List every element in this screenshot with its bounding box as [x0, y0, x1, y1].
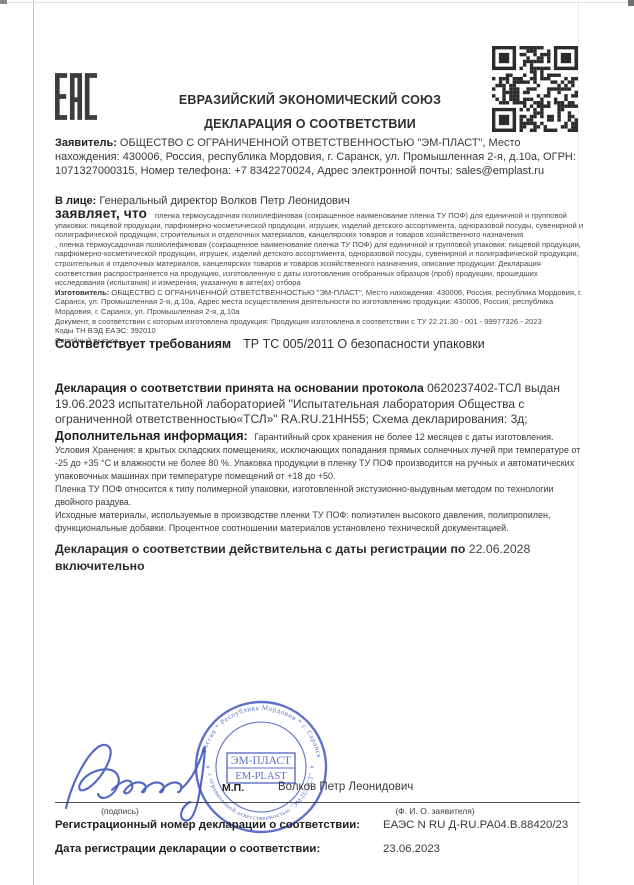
document-header: ЕВРАЗИЙСКИЙ ЭКОНОМИЧЕСКИЙ СОЮЗ ДЕКЛАРАЦИ… [120, 88, 500, 136]
registration-number-row: Регистрационный номер декларации о соотв… [55, 819, 584, 831]
validity-label: Декларация о соответствии действительна … [55, 542, 469, 556]
registration-number-label: Регистрационный номер декларации о соотв… [55, 819, 360, 831]
tnved-codes-line: Коды ТН ВЭД ЕАЭС: 392010 [55, 326, 584, 336]
declaration-body: заявляет, чтопленка термоусадочная полио… [55, 209, 584, 345]
scan-edge-line [33, 0, 34, 885]
applicant-paragraph: Заявитель: ОБЩЕСТВО С ОГРАНИЧЕННОЙ ОТВЕТ… [55, 136, 582, 179]
manufacturer-text: ОБЩЕСТВО С ОГРАНИЧЕННОЙ ОТВЕТСТВЕННОСТЬЮ… [55, 288, 582, 316]
union-title: ЕВРАЗИЙСКИЙ ЭКОНОМИЧЕСКИЙ СОЮЗ [120, 88, 500, 112]
registration-date-value: 23.06.2023 [383, 843, 440, 855]
scan-edge-line [0, 2, 634, 3]
manufacturer-label: Изготовитель: [55, 288, 109, 297]
basis-label: Декларация о соответствии принята на осн… [55, 381, 424, 395]
document-title: ДЕКЛАРАЦИЯ О СООТВЕТСТВИИ [120, 112, 500, 136]
additional-info-label: Дополнительная информация: [55, 429, 252, 443]
additional-info-text: Гарантийный срок хранения не более 12 ме… [55, 432, 580, 533]
basis-paragraph: Декларация о соответствии принята на осн… [55, 381, 584, 428]
applicant-text: ОБЩЕСТВО С ОГРАНИЧЕННОЙ ОТВЕТСТВЕННОСТЬЮ… [55, 137, 576, 177]
manufacturer-paragraph: Изготовитель: ОБЩЕСТВО С ОГРАНИЧЕННОЙ ОТ… [55, 288, 584, 317]
product-intro-paragraph: заявляет, чтопленка термоусадочная полио… [55, 209, 584, 240]
name-caption: (Ф. И. О. заявителя) [330, 806, 540, 816]
validity-date: 22.06.2028 [469, 542, 531, 556]
scan-artifact [0, 0, 7, 4]
registration-date-label: Дата регистрации декларации о соответств… [55, 843, 320, 855]
declares-label: заявляет, что [55, 206, 155, 221]
stamp-star-left: * [206, 764, 210, 773]
applicant-label: Заявитель: [55, 137, 117, 149]
scan-artifact [628, 0, 634, 6]
signature-line [55, 802, 580, 803]
registration-date-row: Дата регистрации декларации о соответств… [55, 843, 584, 855]
validity-paragraph: Декларация о соответствии действительна … [55, 541, 584, 574]
stamp-company-name-ru: ЭМ-ПЛАСТ [231, 755, 291, 767]
stamp-star-right: * [310, 764, 314, 773]
product-details-paragraph: , пленка термоусадочная полиолефиновая (… [55, 240, 584, 288]
additional-info-paragraph: Дополнительная информация: Гарантийный с… [55, 430, 584, 535]
product-details-text: , пленка термоусадочная полиолефиновая (… [55, 240, 581, 287]
stamp-place-label: М.П. [222, 782, 244, 794]
validity-suffix: включительно [55, 558, 584, 575]
signature-caption: (подпись) [55, 806, 185, 816]
declaration-document: ЕВРАЗИЙСКИЙ ЭКОНОМИЧЕСКИЙ СОЮЗ ДЕКЛАРАЦИ… [0, 0, 634, 885]
complies-value: ТР ТС 005/2011 О безопасности упаковки [243, 337, 485, 351]
qr-code [492, 46, 578, 132]
registration-number-value: ЕАЭС N RU Д-RU.РА04.B.88420/23 [383, 819, 568, 831]
complies-label: Соответствует требованиям [55, 337, 243, 351]
manufacture-document-line: Документ, в соответствии с которым изгот… [55, 317, 584, 327]
complies-paragraph: Соответствует требованиямТР ТС 005/2011 … [55, 337, 584, 351]
signer-name: Волков Петр Леонидович [278, 781, 413, 793]
eac-mark-icon [55, 73, 97, 120]
company-stamp: Россия * Республика Мордовия * г. Саранс… [190, 696, 332, 838]
